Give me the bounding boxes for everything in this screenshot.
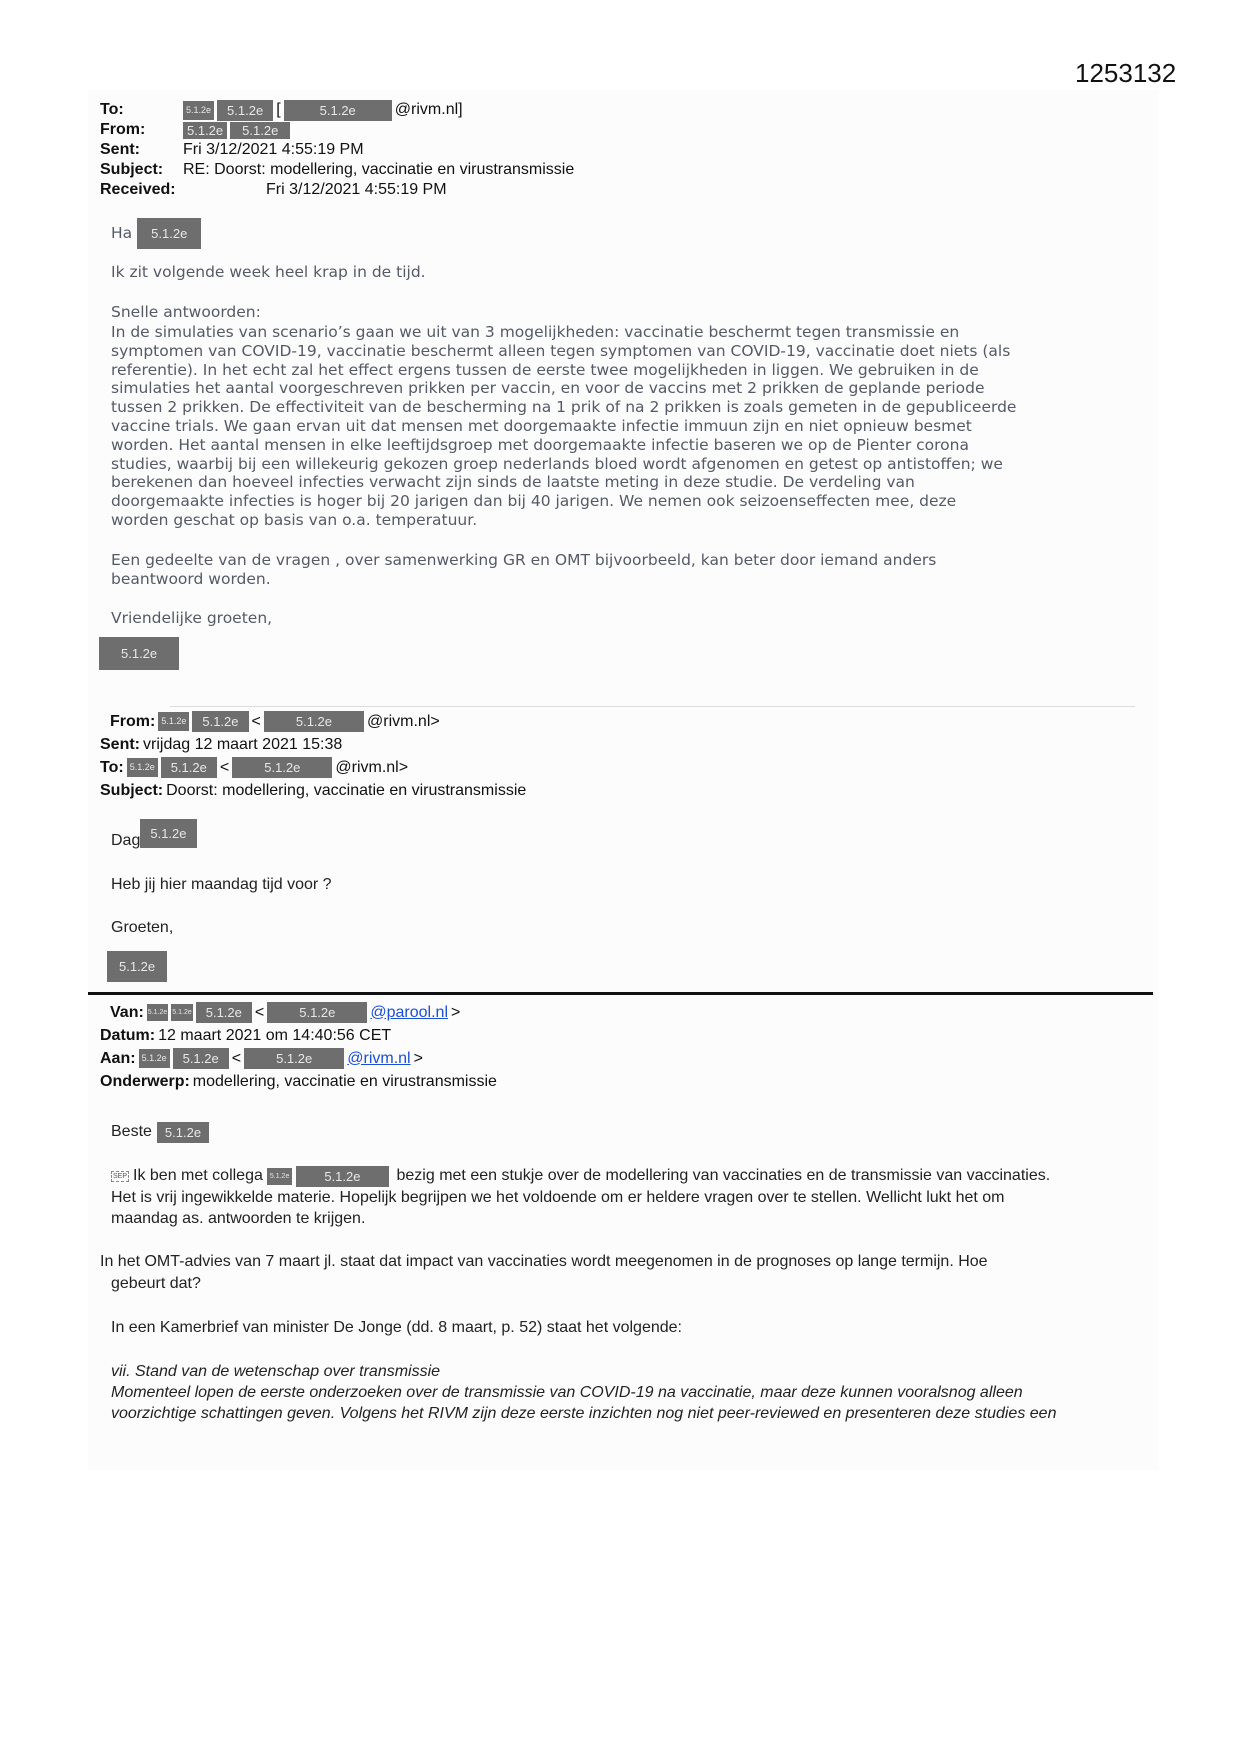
redaction: 5.1.2e: [217, 100, 273, 121]
document-number: 1253132: [1075, 58, 1176, 89]
divider: [170, 706, 1135, 707]
to-domain: @rivm.nl]: [395, 101, 463, 119]
message1-body: Ha 5.1.2e Ik zit volgende week heel krap…: [111, 218, 1141, 670]
datum-row: Datum: 12 maart 2021 om 14:40:56 CET: [100, 1024, 497, 1047]
to-row: To: 5.1.2e 5.1.2e [ 5.1.2e @rivm.nl]: [100, 100, 574, 120]
aan-row: Aan: 5.1.2e 5.1.2e < 5.1.2e @rivm.nl>: [100, 1047, 497, 1070]
redaction: 5.1.2e: [264, 711, 364, 732]
intro-paragraph: Het is vrij ingewikkelde materie. Hopeli…: [111, 1187, 1150, 1229]
text-line: symptomen van COVID-19, vaccinatie besch…: [111, 342, 1141, 361]
signature-redaction: 5.1.2e: [99, 637, 179, 670]
redaction: 5.1.2e: [267, 1168, 292, 1185]
text-line: Momenteel lopen de eerste onderzoeken ov…: [111, 1383, 1150, 1404]
text-line: simulaties het aantal voorgeschreven pri…: [111, 379, 1141, 398]
from-row: From: 5.1.2e 5.1.2e < 5.1.2e @rivm.nl>: [110, 710, 526, 733]
redaction: 5.1.2e: [127, 758, 158, 777]
redaction: 5.1.2e: [173, 1048, 229, 1069]
quick-answers-paragraph: In de simulaties van scenario’s gaan we …: [111, 323, 1141, 530]
redaction: 5.1.2e: [196, 1002, 252, 1023]
line: Ik zit volgende week heel krap in de tij…: [111, 262, 1141, 283]
onderwerp-row: Onderwerp: modellering, vaccinatie en vi…: [100, 1070, 497, 1093]
to-row: To: 5.1.2e 5.1.2e < 5.1.2e @rivm.nl>: [100, 756, 526, 779]
text-line: maandag as. antwoorden te krijgen.: [111, 1208, 1150, 1229]
sent-row: Sent: vrijdag 12 maart 2021 15:38: [100, 733, 526, 756]
redaction: 5.1.2e: [147, 1004, 168, 1021]
subject-row: Subject: RE: Doorst: modellering, vaccin…: [100, 160, 574, 180]
paragraph: Een gedeelte van de vragen , over samenw…: [111, 551, 1141, 589]
redaction: 5.1.2e: [192, 711, 248, 732]
redaction: 5.1.2e: [244, 1048, 344, 1069]
sep-marker-icon: SEP: [111, 1171, 129, 1182]
text-line: Het is vrij ingewikkelde materie. Hopeli…: [111, 1187, 1150, 1208]
text-line: Een gedeelte van de vragen , over samenw…: [111, 551, 1141, 570]
redaction: 5.1.2e: [183, 122, 227, 139]
redaction: 5.1.2e: [161, 757, 217, 778]
text-line: beantwoord worden.: [111, 570, 1141, 589]
quote-title: vii. Stand van de wetenschap over transm…: [111, 1361, 1150, 1383]
quick-answers-title: Snelle antwoorden:: [111, 302, 1141, 323]
redaction: 5.1.2e: [157, 1122, 209, 1143]
van-row: Van: 5.1.2e 5.1.2e 5.1.2e < 5.1.2e @paro…: [110, 1001, 497, 1024]
received-row: Received: Fri 3/12/2021 4:55:19 PM: [100, 180, 574, 200]
redaction: 5.1.2e: [158, 712, 189, 731]
from-row: From: 5.1.2e 5.1.2e: [100, 120, 574, 140]
text-line: berekenen dan hoeveel infecties verwacht…: [111, 473, 1141, 492]
redaction: 5.1.2e: [171, 1004, 192, 1021]
redaction: 5.1.2e: [139, 1049, 170, 1068]
redaction: 5.1.2e: [140, 819, 196, 848]
text-line: tussen 2 prikken. De effectiviteit van d…: [111, 398, 1141, 417]
message3-body: Beste 5.1.2e SEP Ik ben met collega 5.1.…: [100, 1120, 1150, 1424]
text-line: doorgemaakte infecties is hoger bij 20 j…: [111, 492, 1141, 511]
text-line: worden geschat op basis van o.a. tempera…: [111, 511, 1141, 530]
redaction: 5.1.2e: [137, 218, 201, 249]
text-line: studies, waarbij bij een willekeurig gek…: [111, 455, 1141, 474]
redaction: 5.1.2e: [296, 1166, 388, 1187]
message1-header: To: 5.1.2e 5.1.2e [ 5.1.2e @rivm.nl] Fro…: [100, 100, 574, 200]
redaction: 5.1.2e: [267, 1002, 367, 1023]
message2-body: Dag 5.1.2e Heb jij hier maandag tijd voo…: [111, 820, 332, 982]
redaction: 5.1.2e: [284, 100, 392, 121]
sent-row: Sent: Fri 3/12/2021 4:55:19 PM: [100, 140, 574, 160]
email-link[interactable]: @parool.nl: [370, 1004, 448, 1022]
message3-header: Van: 5.1.2e 5.1.2e 5.1.2e < 5.1.2e @paro…: [100, 1001, 497, 1093]
email-link[interactable]: @rivm.nl: [347, 1050, 410, 1068]
divider: [88, 992, 1153, 995]
text-line: referentie). In het echt zal het effect …: [111, 361, 1141, 380]
message2-header: From: 5.1.2e 5.1.2e < 5.1.2e @rivm.nl> S…: [100, 710, 526, 802]
quote-paragraph: Momenteel lopen de eerste onderzoeken ov…: [111, 1383, 1150, 1424]
signature-redaction: 5.1.2e: [107, 951, 167, 982]
closing: Vriendelijke groeten,: [111, 608, 1141, 629]
text-line: In de simulaties van scenario’s gaan we …: [111, 323, 1141, 342]
greeting: Ha: [111, 223, 132, 244]
text-line: worden. Het aantal mensen in elke leefti…: [111, 436, 1141, 455]
subject-row: Subject: Doorst: modellering, vaccinatie…: [100, 779, 526, 802]
redaction: 5.1.2e: [183, 101, 214, 120]
text-line: voorzichtige schattingen geven. Volgens …: [111, 1404, 1150, 1425]
redaction: 5.1.2e: [230, 122, 290, 139]
redaction: 5.1.2e: [232, 757, 332, 778]
text-line: vaccine trials. We gaan ervan uit dat me…: [111, 417, 1141, 436]
